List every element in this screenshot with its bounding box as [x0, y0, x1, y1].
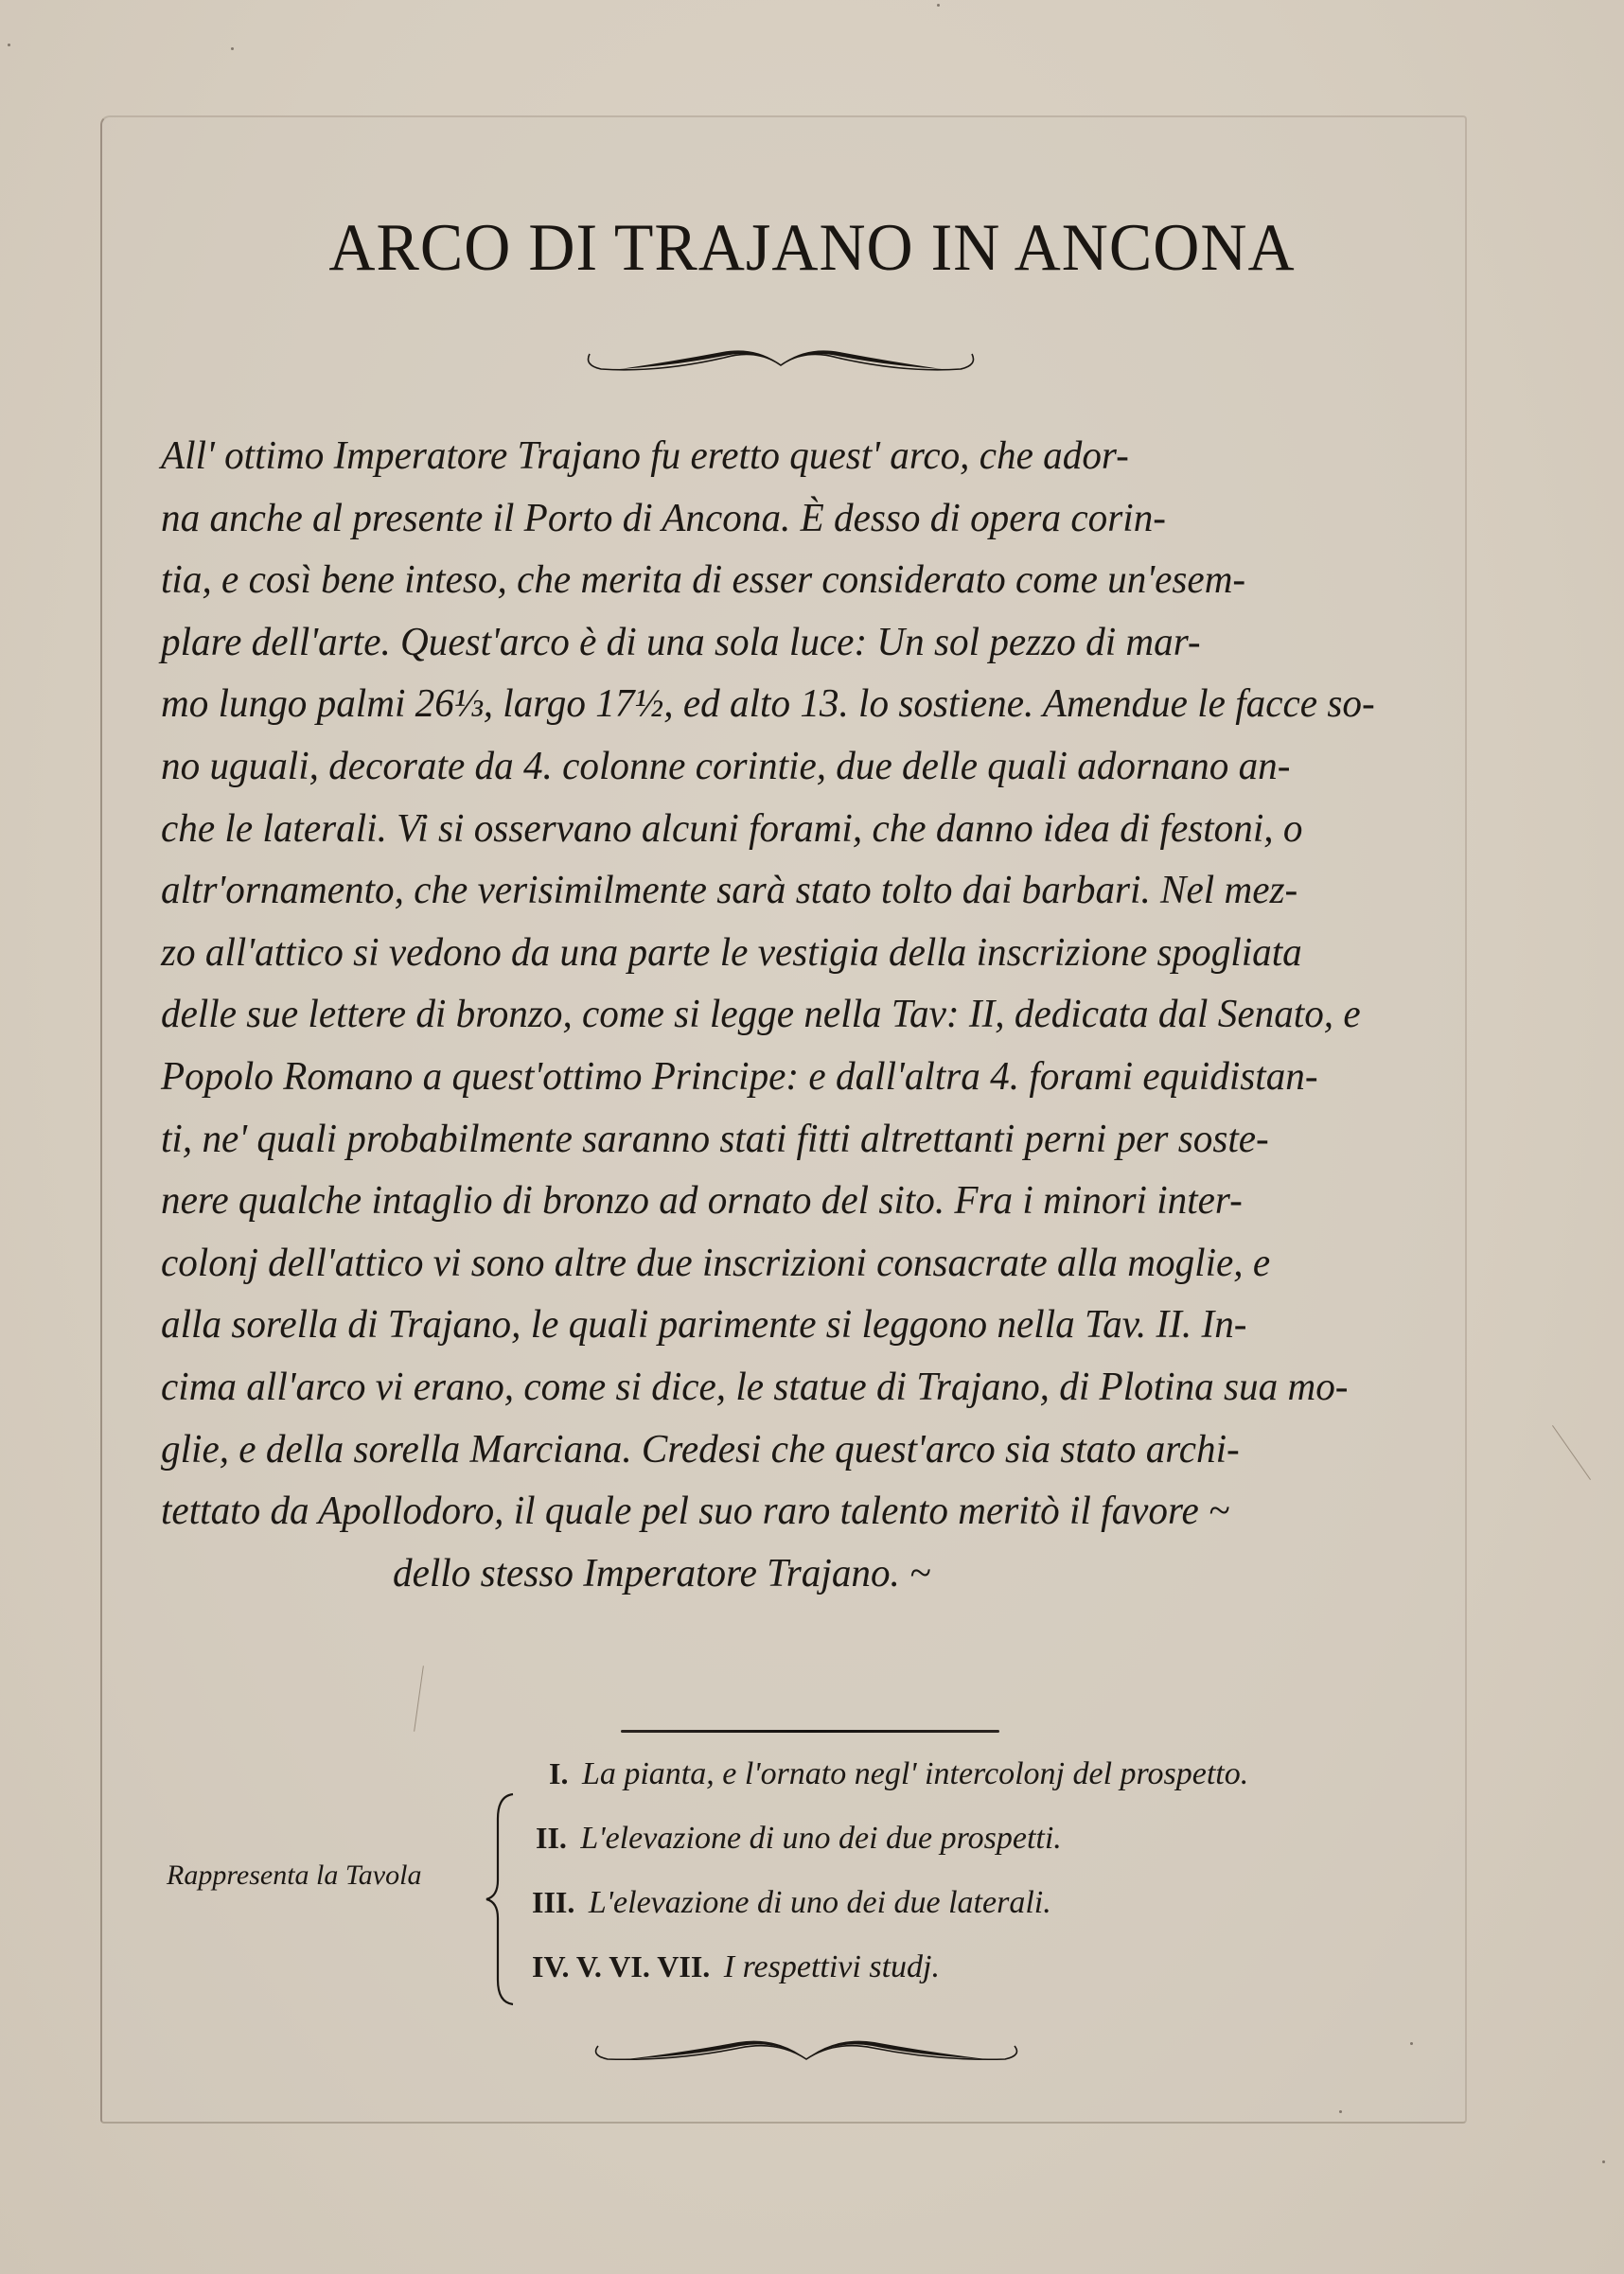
legend-numeral: IV. V. VI. VII. — [532, 1949, 710, 1983]
body-line: tettato da Apollodoro, il quale pel suo … — [161, 1481, 1422, 1543]
body-line: Popolo Romano a quest'ottimo Principe: e… — [161, 1047, 1422, 1109]
paper-speck — [231, 47, 234, 50]
legend-numeral: I. — [549, 1756, 568, 1790]
legend-label: Rappresenta la Tavola — [167, 1860, 421, 1892]
legend-item: IV. V. VI. VII. I respettivi studj. — [532, 1934, 1248, 1999]
body-line: nere qualche intaglio di bronzo ad ornat… — [161, 1171, 1422, 1233]
paper-speck — [8, 44, 10, 46]
paper-speck — [937, 4, 940, 7]
paper-scratch — [1552, 1425, 1591, 1480]
legend-item: III. L'elevazione di uno dei due lateral… — [532, 1870, 1248, 1934]
body-line: plare dell'arte. Quest'arco è di una sol… — [161, 612, 1422, 675]
page-title: ARCO DI TRAJANO IN ANCONA — [0, 208, 1624, 287]
body-line: zo all'attico si vedono da una parte le … — [161, 923, 1422, 985]
body-line: alla sorella di Trajano, le quali parime… — [161, 1295, 1422, 1357]
body-line: delle sue lettere di bronzo, come si leg… — [161, 984, 1422, 1047]
body-line: mo lungo palmi 26⅓, largo 17½, ed alto 1… — [161, 674, 1422, 736]
bottom-flourish-ornament — [589, 2033, 1024, 2071]
legend-text: I respettivi studj. — [724, 1949, 940, 1984]
body-line: glie, e della sorella Marciana. Credesi … — [161, 1419, 1422, 1482]
body-line: altr'ornamento, che verisimilmente sarà … — [161, 860, 1422, 923]
body-line: che le laterali. Vi si osservano alcuni … — [161, 799, 1422, 861]
body-line: no uguali, decorate da 4. colonne corint… — [161, 736, 1422, 799]
body-line-closing: dello stesso Imperatore Trajano. ~ — [161, 1543, 1422, 1606]
legend-item: II. L'elevazione di uno dei due prospett… — [532, 1806, 1248, 1870]
paper-speck — [1602, 2160, 1605, 2163]
plate-legend-list: I. La pianta, e l'ornato negl' intercolo… — [532, 1741, 1248, 1999]
body-paragraph: All' ottimo Imperatore Trajano fu eretto… — [161, 426, 1448, 1605]
legend-text: La pianta, e l'ornato negl' intercolonj … — [582, 1756, 1248, 1791]
paper-speck — [1410, 2042, 1413, 2045]
top-flourish-ornament — [582, 337, 980, 379]
curly-brace-icon — [485, 1790, 519, 2008]
body-line: tia, e così bene inteso, che merita di e… — [161, 550, 1422, 612]
legend-text: L'elevazione di uno dei due prospetti. — [580, 1821, 1061, 1856]
legend-text: L'elevazione di uno dei due laterali. — [589, 1885, 1051, 1920]
section-divider — [621, 1730, 999, 1733]
body-line: All' ottimo Imperatore Trajano fu eretto… — [161, 426, 1422, 488]
body-line: ti, ne' quali probabilmente saranno stat… — [161, 1109, 1422, 1172]
legend-numeral: II. — [536, 1821, 567, 1855]
body-line: cima all'arco vi erano, come si dice, le… — [161, 1357, 1422, 1419]
body-line: na anche al presente il Porto di Ancona.… — [161, 488, 1422, 551]
legend-numeral: III. — [532, 1885, 574, 1919]
body-line: colonj dell'attico vi sono altre due ins… — [161, 1233, 1422, 1296]
paper-speck — [1339, 2110, 1342, 2113]
legend-item: I. La pianta, e l'ornato negl' intercolo… — [532, 1741, 1248, 1806]
